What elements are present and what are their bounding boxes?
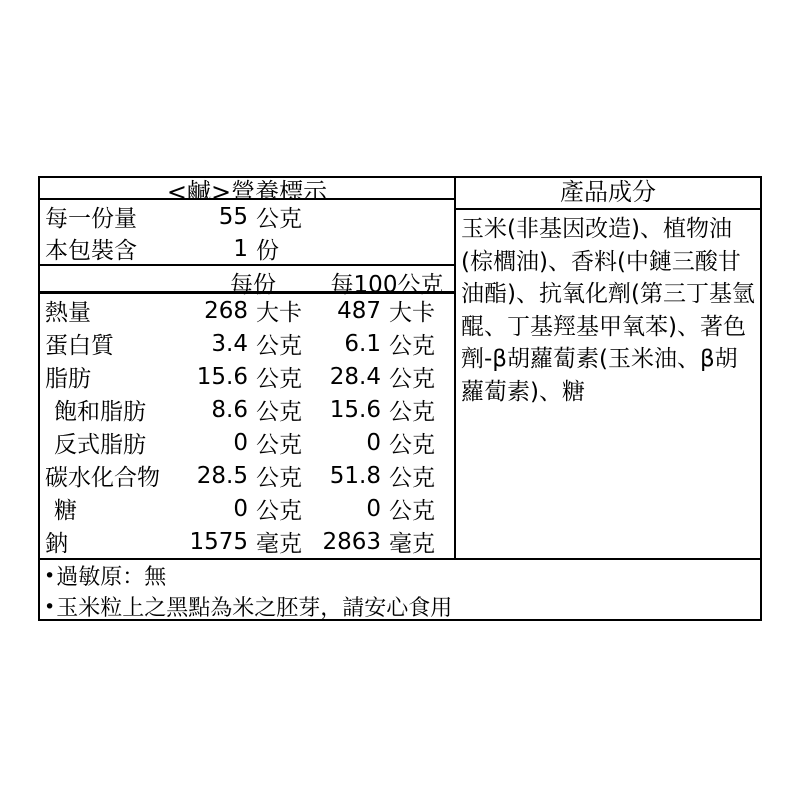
value-per-serving: 8.6 <box>186 397 248 423</box>
nutrition-title: <鹹>營養標示 <box>40 178 454 200</box>
unit-per-serving: 公克 <box>248 426 320 459</box>
footer-notes: • 過敏原：無 • 玉米粒上之黑點為米之胚芽，請安心食用 <box>40 558 760 622</box>
nutrient-label: 飽和脂肪 <box>40 393 186 426</box>
value-per-serving: 3.4 <box>186 331 248 357</box>
table-row-sodium: 鈉 1575 毫克 2863 毫克 <box>40 525 454 558</box>
value-per-100g: 2863 <box>320 529 381 555</box>
table-row-sugar: 糖 0 公克 0 公克 <box>40 492 454 525</box>
label-main-section: <鹹>營養標示 每一份量 55 公克 本包裝含 1 份 每份 每100公克 <box>40 178 760 558</box>
table-row-fat: 脂肪 15.6 公克 28.4 公克 <box>40 360 454 393</box>
table-row-trans-fat: 反式脂肪 0 公克 0 公克 <box>40 426 454 459</box>
table-row-calories: 熱量 268 大卡 487 大卡 <box>40 294 454 327</box>
table-row-protein: 蛋白質 3.4 公克 6.1 公克 <box>40 327 454 360</box>
nutrient-label: 碳水化合物 <box>40 459 186 492</box>
unit-per-100g: 毫克 <box>381 525 454 558</box>
unit-per-serving: 公克 <box>248 327 320 360</box>
value-per-serving: 15.6 <box>186 364 248 390</box>
value-per-serving: 28.5 <box>186 463 248 489</box>
ingredients-text: 玉米(非基因改造)、植物油(棕櫚油)、香料(中鏈三酸甘油酯)、抗氧化劑(第三丁基… <box>456 210 760 408</box>
corn-germ-note: • 玉米粒上之黑點為米之胚芽，請安心食用 <box>44 591 760 622</box>
serving-size-label: 每一份量 <box>40 200 186 233</box>
value-per-100g: 0 <box>320 430 381 456</box>
allergen-note: • 過敏原：無 <box>44 560 760 591</box>
nutrient-label: 熱量 <box>40 294 186 327</box>
servings-per-package-unit: 份 <box>248 232 320 265</box>
unit-per-serving: 公克 <box>248 393 320 426</box>
nutrition-facts-panel: <鹹>營養標示 每一份量 55 公克 本包裝含 1 份 每份 每100公克 <box>40 178 456 558</box>
bullet-icon: • <box>44 565 55 587</box>
unit-per-100g: 公克 <box>381 327 454 360</box>
unit-per-100g: 公克 <box>381 426 454 459</box>
servings-per-package-label: 本包裝含 <box>40 232 186 265</box>
value-per-100g: 0 <box>320 496 381 522</box>
unit-per-serving: 公克 <box>248 360 320 393</box>
value-per-100g: 28.4 <box>320 364 381 390</box>
value-per-serving: 0 <box>186 496 248 522</box>
serving-size-value: 55 <box>186 204 248 230</box>
servings-per-package-row: 本包裝含 1 份 <box>40 232 454 264</box>
corn-germ-note-text: 玉米粒上之黑點為米之胚芽，請安心食用 <box>56 591 452 622</box>
column-headers-row: 每份 每100公克 <box>40 266 454 294</box>
unit-per-100g: 公克 <box>381 360 454 393</box>
value-per-serving: 268 <box>186 298 248 324</box>
servings-per-package-value: 1 <box>186 236 248 262</box>
nutrition-label-card: <鹹>營養標示 每一份量 55 公克 本包裝含 1 份 每份 每100公克 <box>38 176 762 621</box>
table-row-saturated-fat: 飽和脂肪 8.6 公克 15.6 公克 <box>40 393 454 426</box>
value-per-100g: 6.1 <box>320 331 381 357</box>
nutrient-label: 糖 <box>40 492 186 525</box>
unit-per-serving: 大卡 <box>248 294 320 327</box>
unit-per-serving: 公克 <box>248 459 320 492</box>
nutrient-label: 脂肪 <box>40 360 186 393</box>
unit-per-100g: 公克 <box>381 492 454 525</box>
nutrient-label: 鈉 <box>40 525 186 558</box>
unit-per-100g: 大卡 <box>381 294 454 327</box>
allergen-note-text: 過敏原：無 <box>56 560 166 591</box>
value-per-serving: 1575 <box>186 529 248 555</box>
unit-per-100g: 公克 <box>381 393 454 426</box>
nutrient-label: 蛋白質 <box>40 327 186 360</box>
nutrient-label: 反式脂肪 <box>40 426 186 459</box>
unit-per-serving: 公克 <box>248 492 320 525</box>
value-per-100g: 15.6 <box>320 397 381 423</box>
serving-size-unit: 公克 <box>248 200 320 233</box>
unit-per-100g: 公克 <box>381 459 454 492</box>
ingredients-title: 產品成分 <box>456 178 760 210</box>
ingredients-panel: 產品成分 玉米(非基因改造)、植物油(棕櫚油)、香料(中鏈三酸甘油酯)、抗氧化劑… <box>456 178 760 558</box>
value-per-100g: 487 <box>320 298 381 324</box>
serving-info-block: 每一份量 55 公克 本包裝含 1 份 <box>40 200 454 266</box>
unit-per-serving: 毫克 <box>248 525 320 558</box>
nutrient-rows: 熱量 268 大卡 487 大卡 蛋白質 3.4 公克 6.1 公克 脂肪 15… <box>40 294 454 558</box>
value-per-serving: 0 <box>186 430 248 456</box>
serving-size-row: 每一份量 55 公克 <box>40 200 454 232</box>
bullet-icon: • <box>44 596 55 618</box>
table-row-carbohydrate: 碳水化合物 28.5 公克 51.8 公克 <box>40 459 454 492</box>
value-per-100g: 51.8 <box>320 463 381 489</box>
